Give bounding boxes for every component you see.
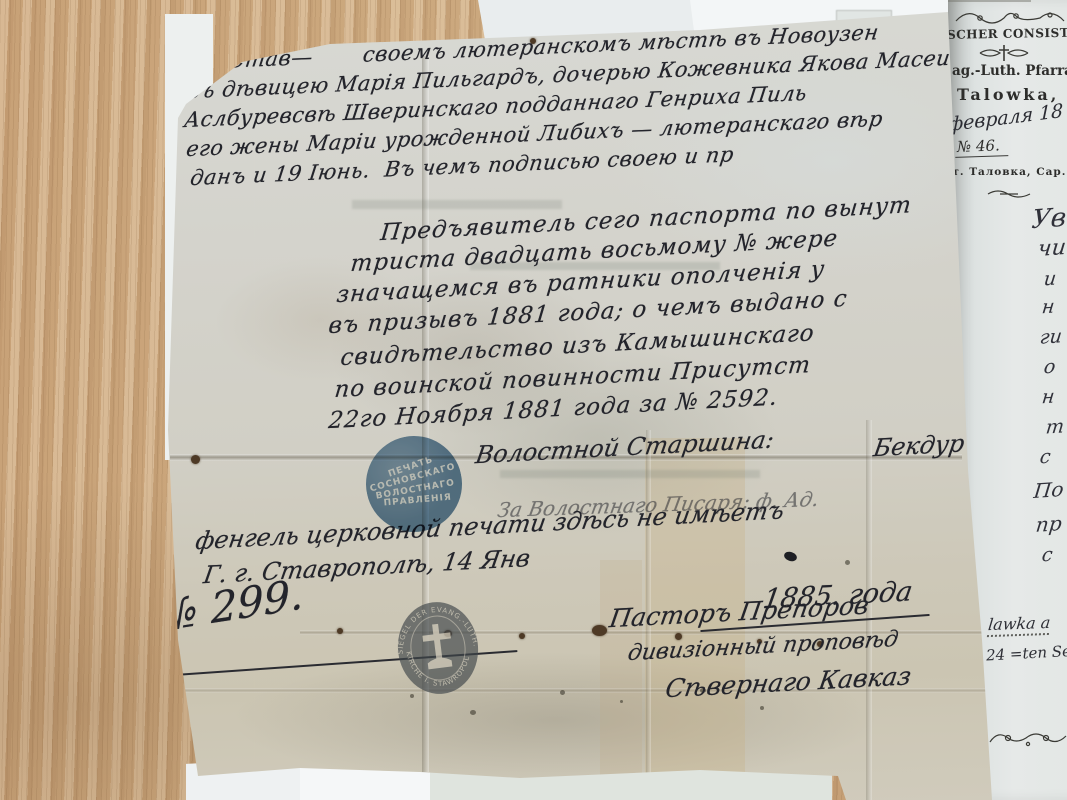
letterhead-station-line: ст. Таловка, Сар. <box>945 166 1066 178</box>
winged-ornament <box>986 186 1032 202</box>
tape-stain <box>600 560 642 800</box>
margin-fragment: Ув <box>1030 203 1067 235</box>
letterhead-handwritten-date: февраля 18 <box>948 100 1063 136</box>
photo-of-documents: SCHER CONSISTORIALBEZIR ag.-Luth. Pfarra… <box>0 0 1067 800</box>
note-bottom-edge <box>948 0 1031 2</box>
margin-fragment: т <box>1045 415 1066 438</box>
paper-hole <box>519 633 525 639</box>
margin-fragment: о <box>1043 356 1057 379</box>
paper-hole <box>191 455 200 464</box>
note-header-fragment: lawka a <box>987 613 1052 637</box>
flourish-ornament <box>988 724 1067 754</box>
margin-fragment: и <box>1043 268 1058 291</box>
letterhead-office-line: ag.-Luth. Pfarramt <box>952 63 1067 79</box>
margin-fragment: чи <box>1037 235 1067 262</box>
passport-document: въ Став— своемъ лютеранскомъ мѣстѣ въ Но… <box>0 0 1067 800</box>
letterhead-title: SCHER CONSISTORIALBEZIR <box>947 24 1067 42</box>
note-date-fragment: 24 =ten Sep <box>986 642 1067 665</box>
starshina-signature: Бекдур <box>872 429 967 462</box>
cross-ornament <box>978 43 1030 63</box>
margin-fragment: с <box>1039 446 1052 469</box>
oval-church-seal-stamp: SIEGEL DER EVANG.-LUTH. KIRCHE I. STAWRO… <box>386 593 490 703</box>
letterhead-number: № 46. <box>955 136 1008 158</box>
margin-fragment: пр <box>1035 511 1063 537</box>
margin-fragment: с <box>1041 544 1054 567</box>
margin-fragment: н <box>1041 386 1056 409</box>
document-number: № 299. <box>158 569 304 641</box>
print-bleedthrough <box>500 470 760 478</box>
margin-fragment: н <box>1041 296 1056 319</box>
ink-blot <box>783 550 798 563</box>
paper-hole <box>337 628 343 634</box>
scroll-ornament <box>954 6 1066 28</box>
margin-fragment: По <box>1033 477 1065 503</box>
print-bleedthrough <box>352 200 562 209</box>
margin-fragment: ги <box>1039 325 1063 348</box>
paper-hole <box>592 625 607 636</box>
